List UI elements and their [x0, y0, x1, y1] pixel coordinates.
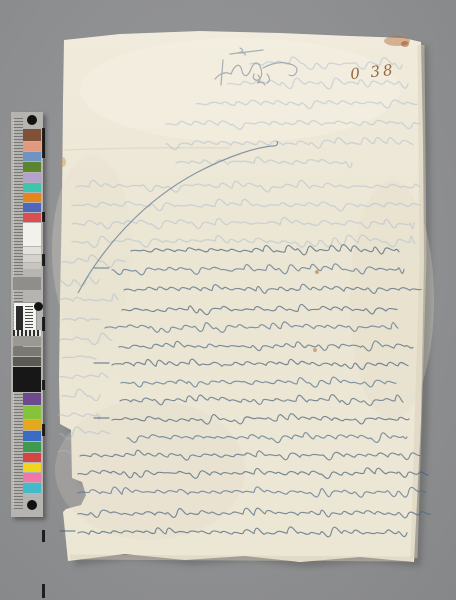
edge-tick — [42, 584, 45, 598]
registration-dot-top — [11, 112, 43, 128]
registration-dot — [27, 115, 37, 125]
edge-tick — [42, 424, 45, 436]
patch-green — [11, 441, 43, 452]
edge-tick — [42, 128, 45, 158]
patch-purple — [11, 392, 43, 405]
patch-gray-30 — [13, 347, 41, 356]
patch-black — [11, 366, 43, 392]
patch-white — [23, 223, 41, 246]
patch-green — [23, 442, 41, 452]
edge-tick — [42, 380, 45, 390]
patch-yellow — [11, 462, 43, 472]
edge-tick — [42, 530, 45, 542]
patch-gold — [11, 419, 43, 430]
edge-tick — [42, 254, 45, 266]
patch-orange — [11, 192, 43, 202]
patch-gray-70 — [23, 263, 41, 269]
patch-gray-40 — [13, 337, 41, 346]
patch-blue — [23, 431, 41, 441]
edge-tick — [42, 317, 45, 331]
patch-lime — [11, 405, 43, 419]
patch-lime — [23, 406, 41, 419]
patch-turquoise — [23, 183, 41, 192]
patch-indigo — [11, 202, 43, 212]
patch-pink — [23, 473, 41, 482]
registration-dot — [27, 500, 37, 510]
patch-turquoise — [11, 182, 43, 192]
patch-black — [13, 367, 41, 392]
patch-light-blue — [23, 152, 41, 161]
patch-cyan — [23, 483, 41, 493]
archival-photo: 0 38 — [0, 0, 456, 600]
patch-red2 — [23, 453, 41, 462]
patch-pink — [11, 472, 43, 482]
patch-gray-20 — [11, 356, 43, 366]
patch-indigo — [23, 203, 41, 212]
label-card — [11, 290, 43, 330]
patch-red2 — [11, 452, 43, 462]
patch-gray-60 — [11, 269, 43, 276]
patch-gray-80 — [23, 255, 41, 262]
patch-salmon — [23, 142, 41, 151]
patch-lavender — [23, 173, 41, 182]
manuscript-page: 0 38 — [0, 0, 456, 600]
patch-gray-30 — [11, 346, 43, 356]
patch-gray-40 — [11, 336, 43, 346]
patch-red — [23, 213, 41, 222]
patch-brown — [11, 128, 43, 141]
patch-gray-20 — [13, 357, 41, 366]
color-calibration-bar — [11, 112, 43, 517]
patch-lavender — [11, 172, 43, 182]
patch-cyan — [11, 482, 43, 493]
patch-light-blue — [11, 151, 43, 161]
registration-dot-bottom — [11, 493, 43, 517]
patch-olive — [23, 162, 41, 172]
patch-purple — [23, 393, 41, 405]
patch-gray-90 — [11, 246, 43, 254]
patch-salmon — [11, 141, 43, 151]
patch-white — [11, 222, 43, 246]
registration-dot-middle — [34, 302, 43, 311]
patch-brown — [23, 129, 41, 141]
patch-orange — [23, 193, 41, 202]
patch-blue — [11, 430, 43, 441]
patch-gray-80 — [11, 254, 43, 262]
patch-gray-60 — [23, 270, 41, 276]
patch-gold — [23, 420, 41, 430]
patch-gray-90 — [23, 247, 41, 254]
patch-olive — [11, 161, 43, 172]
patch-red — [11, 212, 43, 222]
patch-yellow — [23, 463, 41, 472]
patch-gray-50 — [13, 277, 41, 290]
patch-gray-50 — [11, 276, 43, 290]
edge-tick — [42, 212, 45, 222]
patch-gray-70 — [11, 262, 43, 269]
